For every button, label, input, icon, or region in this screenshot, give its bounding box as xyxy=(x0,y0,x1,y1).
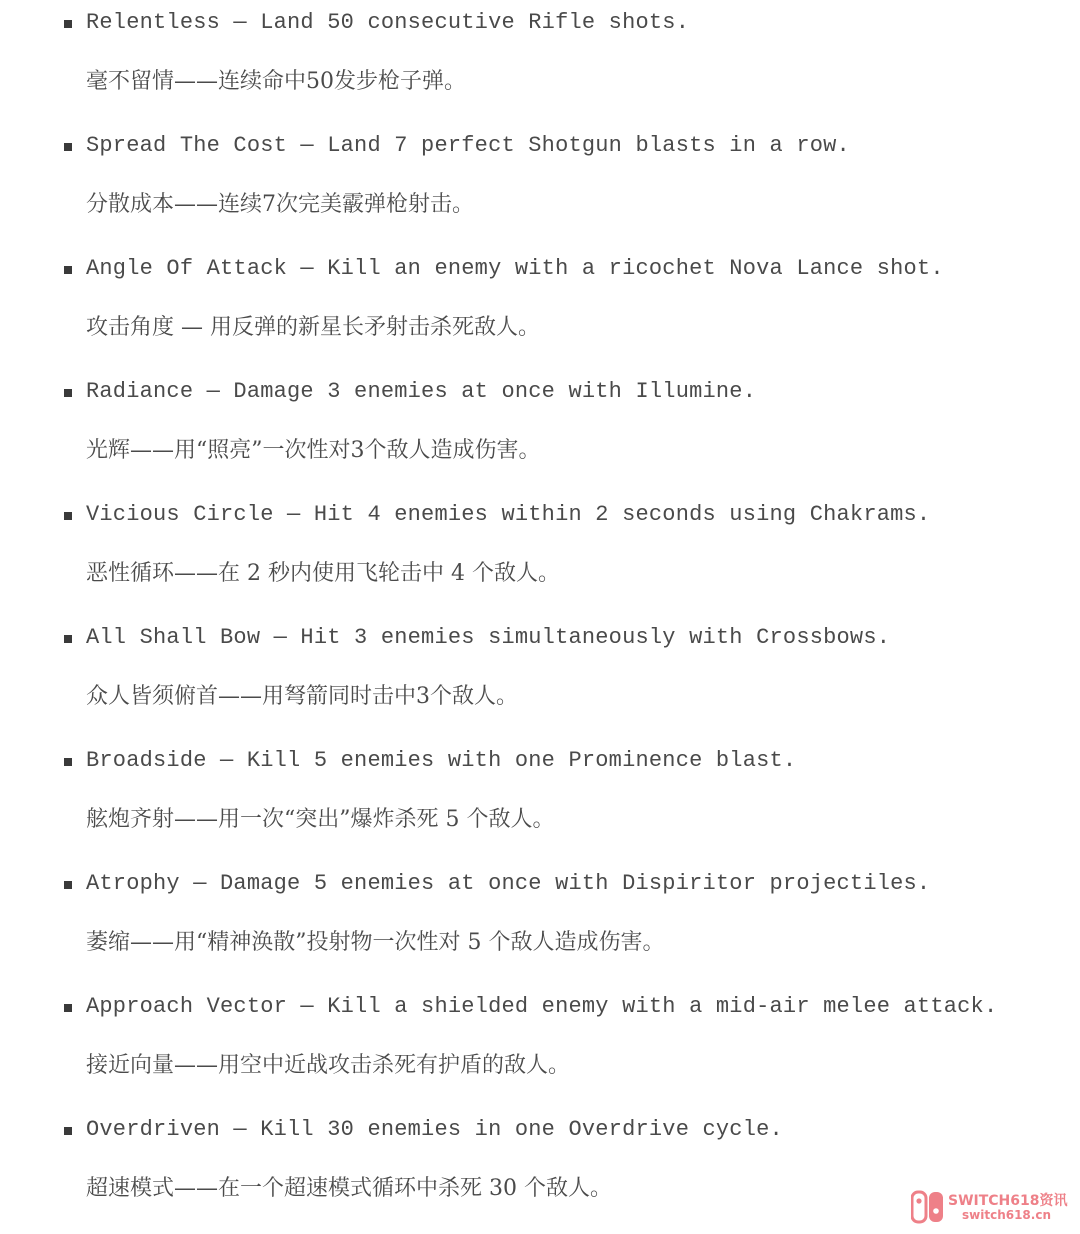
item-english: Atrophy — Damage 5 enemies at once with … xyxy=(86,871,930,896)
item-english: Overdriven — Kill 30 enemies in one Over… xyxy=(86,1117,783,1142)
bullet-icon xyxy=(64,512,72,520)
item-english: Spread The Cost — Land 7 perfect Shotgun… xyxy=(86,133,850,158)
bullet-icon xyxy=(64,881,72,889)
bullet-icon xyxy=(64,635,72,643)
watermark-title: SWITCH618资讯 xyxy=(948,1190,1068,1210)
item-chinese: 众人皆须俯首——用弩箭同时击中3个敌人。 xyxy=(86,679,518,710)
item-english: Relentless — Land 50 consecutive Rifle s… xyxy=(86,10,689,35)
item-chinese: 光辉——用“照亮”一次性对3个敌人造成伤害。 xyxy=(86,433,541,464)
bullet-icon xyxy=(64,20,72,28)
item-chinese: 超速模式——在一个超速模式循环中杀死 30 个敌人。 xyxy=(86,1171,612,1202)
bullet-icon xyxy=(64,389,72,397)
item-chinese: 分散成本——连续7次完美霰弹枪射击。 xyxy=(86,187,474,218)
item-chinese: 萎缩——用“精神涣散”投射物一次性对 5 个敌人造成伤害。 xyxy=(86,925,664,956)
bullet-icon xyxy=(64,1127,72,1135)
item-chinese: 毫不留情——连续命中50发步枪子弹。 xyxy=(86,64,466,95)
bullet-icon xyxy=(64,143,72,151)
item-english: Angle Of Attack — Kill an enemy with a r… xyxy=(86,256,944,281)
watermark: SWITCH618资讯 switch618.cn xyxy=(908,1188,1078,1228)
item-english: Vicious Circle — Hit 4 enemies within 2 … xyxy=(86,502,930,527)
watermark-url: switch618.cn xyxy=(962,1208,1051,1222)
switch-logo-icon xyxy=(911,1190,945,1224)
item-english: Approach Vector — Kill a shielded enemy … xyxy=(86,994,997,1019)
item-chinese: 接近向量——用空中近战攻击杀死有护盾的敌人。 xyxy=(86,1048,570,1079)
item-chinese: 舷炮齐射——用一次“突出”爆炸杀死 5 个敌人。 xyxy=(86,802,554,833)
item-chinese: 攻击角度 — 用反弹的新星长矛射击杀死敌人。 xyxy=(86,310,540,341)
item-english: Radiance — Damage 3 enemies at once with… xyxy=(86,379,756,404)
item-english: All Shall Bow — Hit 3 enemies simultaneo… xyxy=(86,625,890,650)
item-chinese: 恶性循环——在 2 秒内使用飞轮击中 4 个敌人。 xyxy=(86,556,560,587)
bullet-icon xyxy=(64,266,72,274)
item-english: Broadside — Kill 5 enemies with one Prom… xyxy=(86,748,796,773)
bullet-icon xyxy=(64,1004,72,1012)
bullet-icon xyxy=(64,758,72,766)
